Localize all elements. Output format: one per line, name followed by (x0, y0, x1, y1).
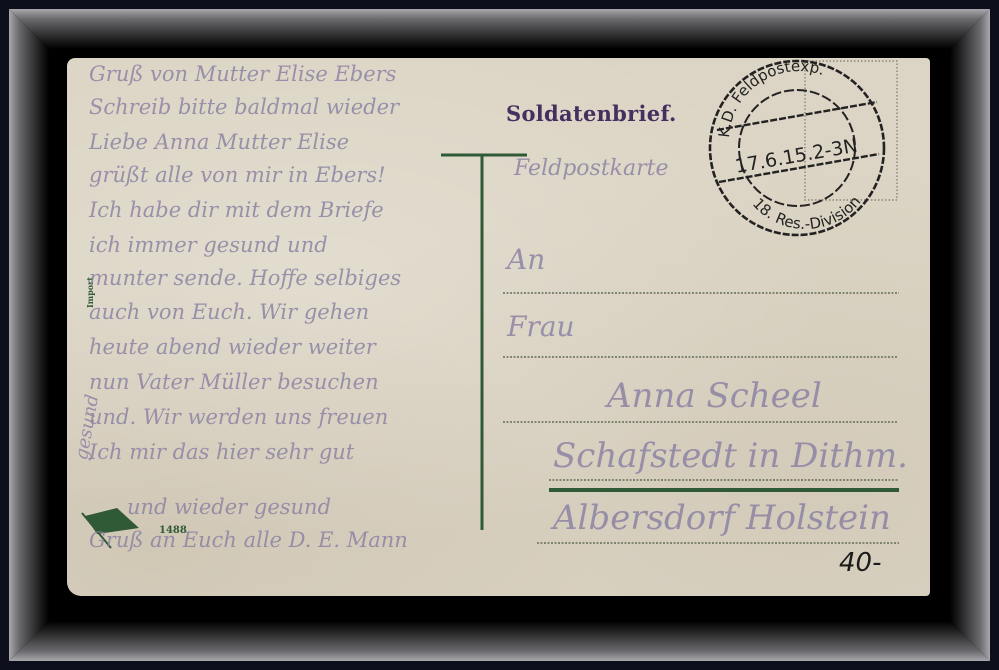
recipient-title: Frau (507, 310, 575, 343)
frame-bevel-top (9, 9, 990, 49)
message-line: und. Wir werden uns freuen (89, 405, 388, 429)
message-line: Schreib bitte baldmal wieder (89, 95, 399, 119)
recipient-region: Albersdorf Holstein (553, 498, 891, 538)
frame-bevel-right (950, 9, 990, 661)
frame-bevel-bottom (9, 621, 990, 661)
recipient-salutation: An (507, 243, 545, 276)
message-line: Gruß an Euch alle D. E. Mann (89, 528, 408, 552)
svg-text:18. Res.-Division: 18. Res.-Division (749, 192, 864, 233)
message-line: grüßt alle von mir in Ebers! (89, 163, 386, 187)
message-line: Ich habe dir mit dem Briefe (89, 198, 384, 222)
message-line: heute abend wieder weiter (89, 335, 376, 359)
message-line: munter sende. Hoffe selbiges (89, 266, 401, 290)
message-line: und wieder gesund (127, 495, 331, 519)
svg-text:K.D. Feldpostexp.: K.D. Feldpostexp. (715, 58, 827, 138)
message-line: auch von Euch. Wir gehen (89, 300, 369, 324)
postmark-date: 17.6.15.2-3N (733, 135, 859, 178)
message-line: Liebe Anna Mutter Elise (89, 130, 349, 154)
message-line: Ich mir das hier sehr gut (89, 440, 354, 464)
card-type-heading: Soldatenbrief. (506, 101, 677, 126)
postcard: K.D. Feldpostexp. 18. Res.-Division 17.6… (67, 58, 930, 596)
message-line: ich immer gesund und (89, 233, 328, 257)
sender-line: Feldpostkarte (514, 156, 668, 181)
message-line: Gruß von Mutter Elise Ebers (89, 62, 396, 86)
recipient-place: Schafstedt in Dithm. (553, 436, 908, 476)
postmark-bottom-text: 18. Res.-Division (749, 192, 864, 233)
message-line: nun Vater Müller besuchen (89, 370, 379, 394)
recipient-name: Anna Scheel (607, 376, 822, 416)
postmark-top-text: K.D. Feldpostexp. (715, 58, 827, 138)
price-note: 40- (839, 548, 881, 578)
frame-bevel-left (9, 9, 49, 661)
